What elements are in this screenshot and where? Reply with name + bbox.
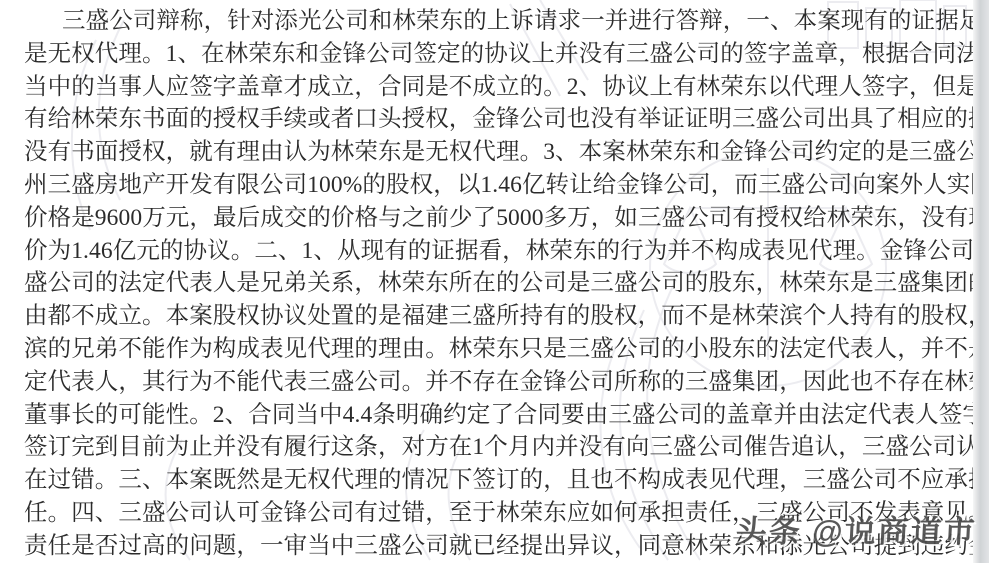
text-line: 盛公司的法定代表人是兄弟关系，林荣东所在的公司是三盛公司的股东，林荣东是三盛集团… [24,267,970,300]
toutiao-watermark: 头条 @说商道市 [735,506,978,551]
text-line: 在过错。三、本案既然是无权代理的情况下签订的，且也不构成表见代理，三盛公司不应承… [24,464,970,497]
text-line: 三盛公司辩称，针对添光公司和林荣东的上诉请求一并进行答辩，一、本案现有的证据足以… [24,5,970,38]
defense-statement-paragraph: 三盛公司辩称，针对添光公司和林荣东的上诉请求一并进行答辩，一、本案现有的证据足以… [24,5,970,563]
text-line: 当中的当事人应签字盖章才成立，合同是不成立的。2、协议上有林荣东以代理人签字，但… [24,71,970,104]
text-line: 签订完到目前为止并没有履行这条，对方在1个月内并没有向三盛公司催告追认，三盛公司… [24,431,970,464]
page-right-edge [973,0,989,563]
text-line: 董事长的可能性。2、合同当中4.4条明确约定了合同要由三盛公司的盖章并由法定代表… [24,399,970,432]
text-line: 价格是9600万元，最后成交的价格与之前少了5000多万，如三盛公司有授权给林荣… [24,202,970,235]
text-line: 价为1.46亿元的协议。二、1、从现有的证据看，林荣东的行为并不构成表见代理。金… [24,235,970,268]
text-line: 州三盛房地产开发有限公司100%的股权，以1.46亿转让给金锋公司，而三盛公司向… [24,169,970,202]
text-line: 滨的兄弟不能作为构成表见代理的理由。林荣东只是三盛公司的小股东的法定代表人，并不… [24,333,970,366]
text-line: 由都不成立。本案股权协议处置的是福建三盛所持有的股权，而不是林荣滨个人持有的股权… [24,300,970,333]
document-page: 三盛公司辩称，针对添光公司和林荣东的上诉请求一并进行答辩，一、本案现有的证据足以… [0,0,989,563]
text-line: 定代表人，其行为不能代表三盛公司。并不存在金锋公司所称的三盛集团，因此也不存在林… [24,366,970,399]
text-line: 没有书面授权，就有理由认为林荣东是无权代理。3、本案林荣东和金锋公司约定的是三盛… [24,136,970,169]
text-line: 有给林荣东书面的授权手续或者口头授权，金锋公司也没有举证证明三盛公司出具了相应的… [24,103,970,136]
text-line: 是无权代理。1、在林荣东和金锋公司签定的协议上并没有三盛公司的签字盖章，根据合同… [24,38,970,71]
